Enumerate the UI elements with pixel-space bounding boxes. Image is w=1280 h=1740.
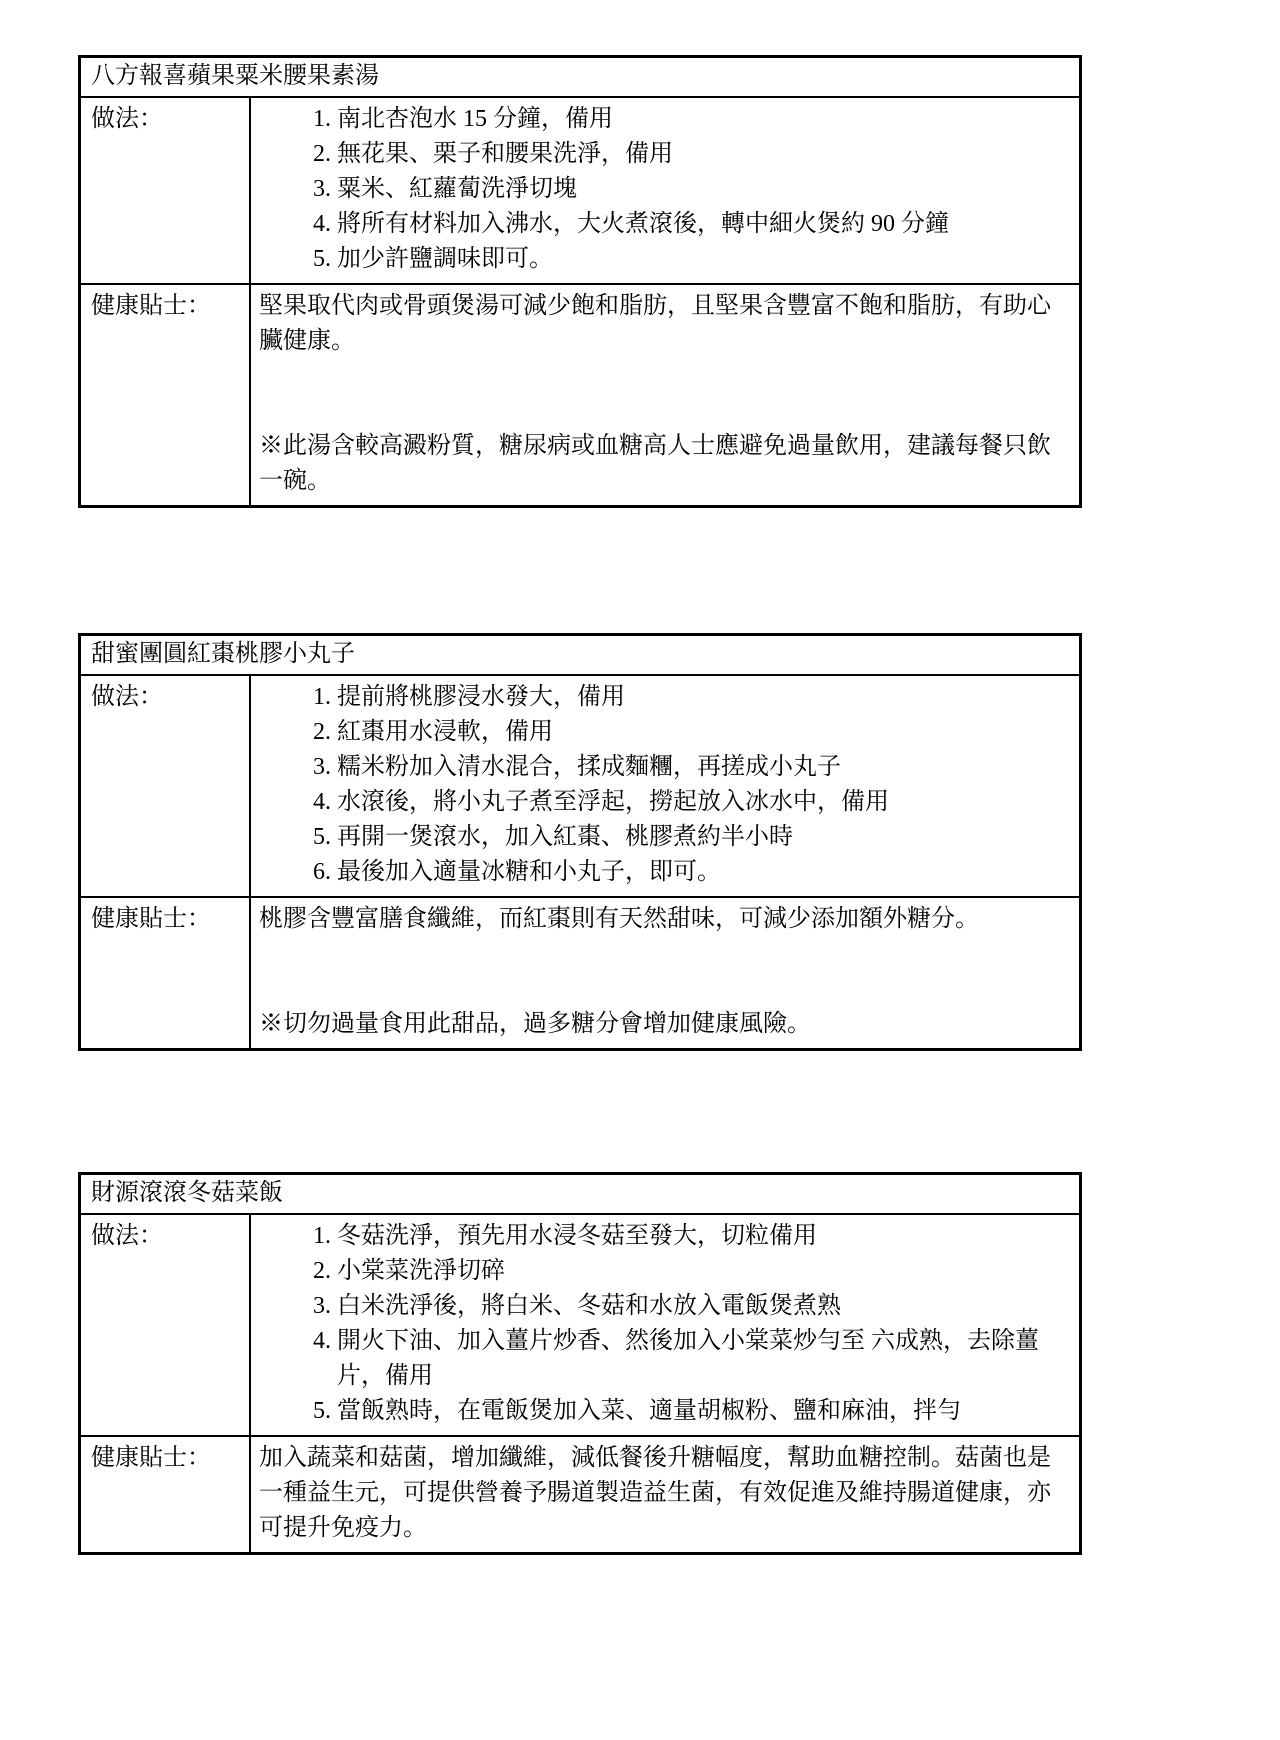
method-step: 最後加入適量冰糖和小丸子，即可。: [337, 855, 1071, 890]
method-steps-list: 南北杏泡水 15 分鐘，備用 無花果、栗子和腰果洗淨，備用 粟米、紅蘿蔔洗淨切塊…: [259, 102, 1071, 277]
method-row: 做法： 冬菇洗淨，預先用水浸冬菇至發大，切粒備用 小棠菜洗淨切碎 白米洗淨後，將…: [81, 1215, 1079, 1435]
method-step: 白米洗淨後，將白米、冬菇和水放入電飯煲煮熟: [337, 1289, 1071, 1324]
health-tips-row: 健康貼士： 加入蔬菜和菇菌，增加纖維，減低餐後升糖幅度，幫助血糖控制。菇菌也是一…: [81, 1435, 1079, 1552]
recipe-table-soup: 八方報喜蘋果粟米腰果素湯 做法： 南北杏泡水 15 分鐘，備用 無花果、栗子和腰…: [78, 55, 1082, 508]
method-steps-list: 冬菇洗淨，預先用水浸冬菇至發大，切粒備用 小棠菜洗淨切碎 白米洗淨後，將白米、冬…: [259, 1219, 1071, 1429]
recipe-title: 甜蜜團圓紅棗桃膠小丸子: [81, 636, 1079, 676]
health-tip-note: ※切勿過量食用此甜品，過多糖分會增加健康風險。: [259, 1007, 1071, 1042]
health-tips-content: 加入蔬菜和菇菌，增加纖維，減低餐後升糖幅度，幫助血糖控制。菇菌也是一種益生元，可…: [251, 1437, 1079, 1552]
method-step: 開火下油、加入薑片炒香、然後加入小棠菜炒勻至 六成熟，去除薑片，備用: [337, 1324, 1071, 1394]
method-step: 小棠菜洗淨切碎: [337, 1254, 1071, 1289]
method-label: 做法：: [81, 1215, 251, 1435]
health-tips-label: 健康貼士：: [81, 285, 251, 505]
method-step: 糯米粉加入清水混合，揉成麵糰，再搓成小丸子: [337, 750, 1071, 785]
method-step: 當飯熟時，在電飯煲加入菜、適量胡椒粉、鹽和麻油，拌勻: [337, 1394, 1071, 1429]
health-tip: 桃膠含豐富膳食纖維，而紅棗則有天然甜味，可減少添加額外糖分。: [259, 902, 1071, 937]
health-tips-content: 桃膠含豐富膳食纖維，而紅棗則有天然甜味，可減少添加額外糖分。 ※切勿過量食用此甜…: [251, 898, 1079, 1048]
method-content: 南北杏泡水 15 分鐘，備用 無花果、栗子和腰果洗淨，備用 粟米、紅蘿蔔洗淨切塊…: [251, 98, 1079, 283]
recipe-title: 八方報喜蘋果粟米腰果素湯: [81, 58, 1079, 98]
method-label: 做法：: [81, 98, 251, 283]
method-step: 加少許鹽調味即可。: [337, 242, 1071, 277]
method-label: 做法：: [81, 676, 251, 896]
method-step: 粟米、紅蘿蔔洗淨切塊: [337, 172, 1071, 207]
health-tip: 加入蔬菜和菇菌，增加纖維，減低餐後升糖幅度，幫助血糖控制。菇菌也是一種益生元，可…: [259, 1441, 1071, 1546]
method-row: 做法： 提前將桃膠浸水發大，備用 紅棗用水浸軟，備用 糯米粉加入清水混合，揉成麵…: [81, 676, 1079, 896]
method-step: 冬菇洗淨，預先用水浸冬菇至發大，切粒備用: [337, 1219, 1071, 1254]
health-tips-row: 健康貼士： 堅果取代肉或骨頭煲湯可減少飽和脂肪，且堅果含豐富不飽和脂肪，有助心臟…: [81, 283, 1079, 505]
method-row: 做法： 南北杏泡水 15 分鐘，備用 無花果、栗子和腰果洗淨，備用 粟米、紅蘿蔔…: [81, 98, 1079, 283]
health-tips-content: 堅果取代肉或骨頭煲湯可減少飽和脂肪，且堅果含豐富不飽和脂肪，有助心臟健康。 ※此…: [251, 285, 1079, 505]
method-step: 南北杏泡水 15 分鐘，備用: [337, 102, 1071, 137]
method-steps-list: 提前將桃膠浸水發大，備用 紅棗用水浸軟，備用 糯米粉加入清水混合，揉成麵糰，再搓…: [259, 680, 1071, 890]
method-step: 將所有材料加入沸水，大火煮滾後，轉中細火煲約 90 分鐘: [337, 207, 1071, 242]
method-step: 無花果、栗子和腰果洗淨，備用: [337, 137, 1071, 172]
recipe-table-dessert: 甜蜜團圓紅棗桃膠小丸子 做法： 提前將桃膠浸水發大，備用 紅棗用水浸軟，備用 糯…: [78, 633, 1082, 1051]
health-tip-note: ※此湯含較高澱粉質，糖尿病或血糖高人士應避免過量飲用，建議每餐只飲一碗。: [259, 429, 1071, 499]
health-tips-label: 健康貼士：: [81, 898, 251, 1048]
method-content: 冬菇洗淨，預先用水浸冬菇至發大，切粒備用 小棠菜洗淨切碎 白米洗淨後，將白米、冬…: [251, 1215, 1079, 1435]
health-tip: 堅果取代肉或骨頭煲湯可減少飽和脂肪，且堅果含豐富不飽和脂肪，有助心臟健康。: [259, 289, 1071, 359]
method-step: 水滾後，將小丸子煮至浮起，撈起放入冰水中，備用: [337, 785, 1071, 820]
method-content: 提前將桃膠浸水發大，備用 紅棗用水浸軟，備用 糯米粉加入清水混合，揉成麵糰，再搓…: [251, 676, 1079, 896]
health-tips-row: 健康貼士： 桃膠含豐富膳食纖維，而紅棗則有天然甜味，可減少添加額外糖分。 ※切勿…: [81, 896, 1079, 1048]
method-step: 紅棗用水浸軟，備用: [337, 715, 1071, 750]
method-step: 再開一煲滾水，加入紅棗、桃膠煮約半小時: [337, 820, 1071, 855]
method-step: 提前將桃膠浸水發大，備用: [337, 680, 1071, 715]
health-tips-label: 健康貼士：: [81, 1437, 251, 1552]
recipe-table-rice: 財源滾滾冬菇菜飯 做法： 冬菇洗淨，預先用水浸冬菇至發大，切粒備用 小棠菜洗淨切…: [78, 1172, 1082, 1555]
recipe-title: 財源滾滾冬菇菜飯: [81, 1175, 1079, 1215]
